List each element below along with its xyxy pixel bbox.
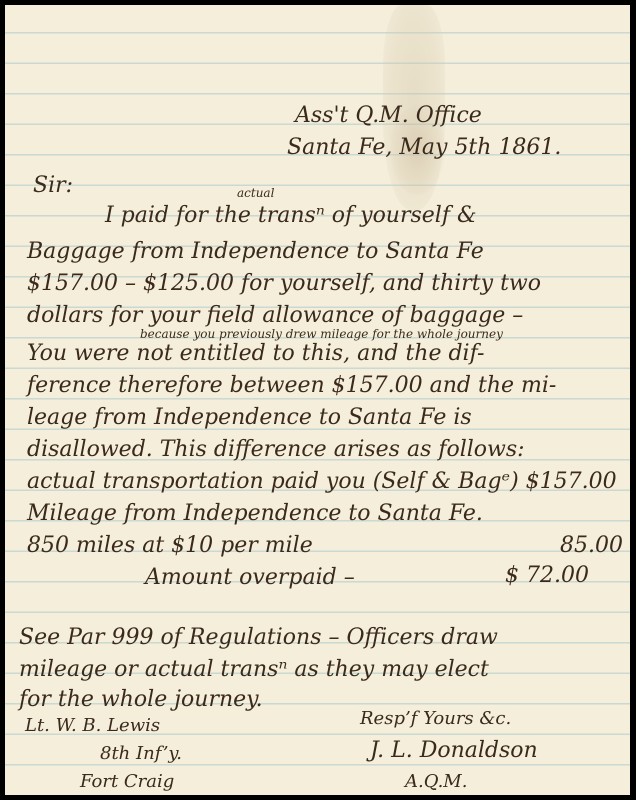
insert-actual: actual <box>237 187 274 199</box>
body-line-2: Baggage from Independence to Santa Fe <box>27 241 484 263</box>
mileage-line: 850 miles at $10 per mile <box>27 535 313 557</box>
body-line-1: I paid for the transⁿ of yourself & <box>105 205 477 227</box>
note-line-3: for the whole journey. <box>19 689 263 711</box>
closing-valediction: Resp’f Yours &c. <box>360 710 511 728</box>
body-line-5: You were not entitled to this, and the d… <box>27 343 484 365</box>
salutation: Sir: <box>33 175 73 197</box>
note-line-2: mileage or actual transⁿ as they may ele… <box>19 659 489 681</box>
overpaid-label: Amount overpaid – <box>145 567 355 589</box>
closing-signature: J. L. Donaldson <box>370 740 538 762</box>
body-line-8: disallowed. This difference arises as fo… <box>27 439 525 461</box>
header-place-date: Santa Fe, May 5th 1861. <box>287 137 561 159</box>
header-office: Ass't Q.M. Office <box>295 105 482 127</box>
mileage-amount: 85.00 <box>560 535 623 557</box>
interlinear-note: because you previously drew mileage for … <box>140 328 503 340</box>
body-line-6: ference therefore between $157.00 and th… <box>27 375 556 397</box>
body-line-7: leage from Independence to Santa Fe is <box>27 407 472 429</box>
overpaid-amount: $ 72.00 <box>505 565 589 587</box>
note-line-1: See Par 999 of Regulations – Officers dr… <box>19 627 498 649</box>
addressee-station: Fort Craig <box>80 773 174 791</box>
addressee-unit: 8th Inf’y. <box>100 745 182 763</box>
body-line-3: $157.00 – $125.00 for yourself, and thir… <box>27 273 541 295</box>
closing-title: A.Q.M. <box>405 773 467 791</box>
letter-page: Ass't Q.M. Office Santa Fe, May 5th 1861… <box>5 5 630 795</box>
body-line-9: actual transportation paid you (Self & B… <box>27 471 617 493</box>
body-line-10: Mileage from Independence to Santa Fe. <box>27 503 483 525</box>
body-line-4: dollars for your field allowance of bagg… <box>27 305 523 327</box>
addressee-name: Lt. W. B. Lewis <box>25 717 160 735</box>
